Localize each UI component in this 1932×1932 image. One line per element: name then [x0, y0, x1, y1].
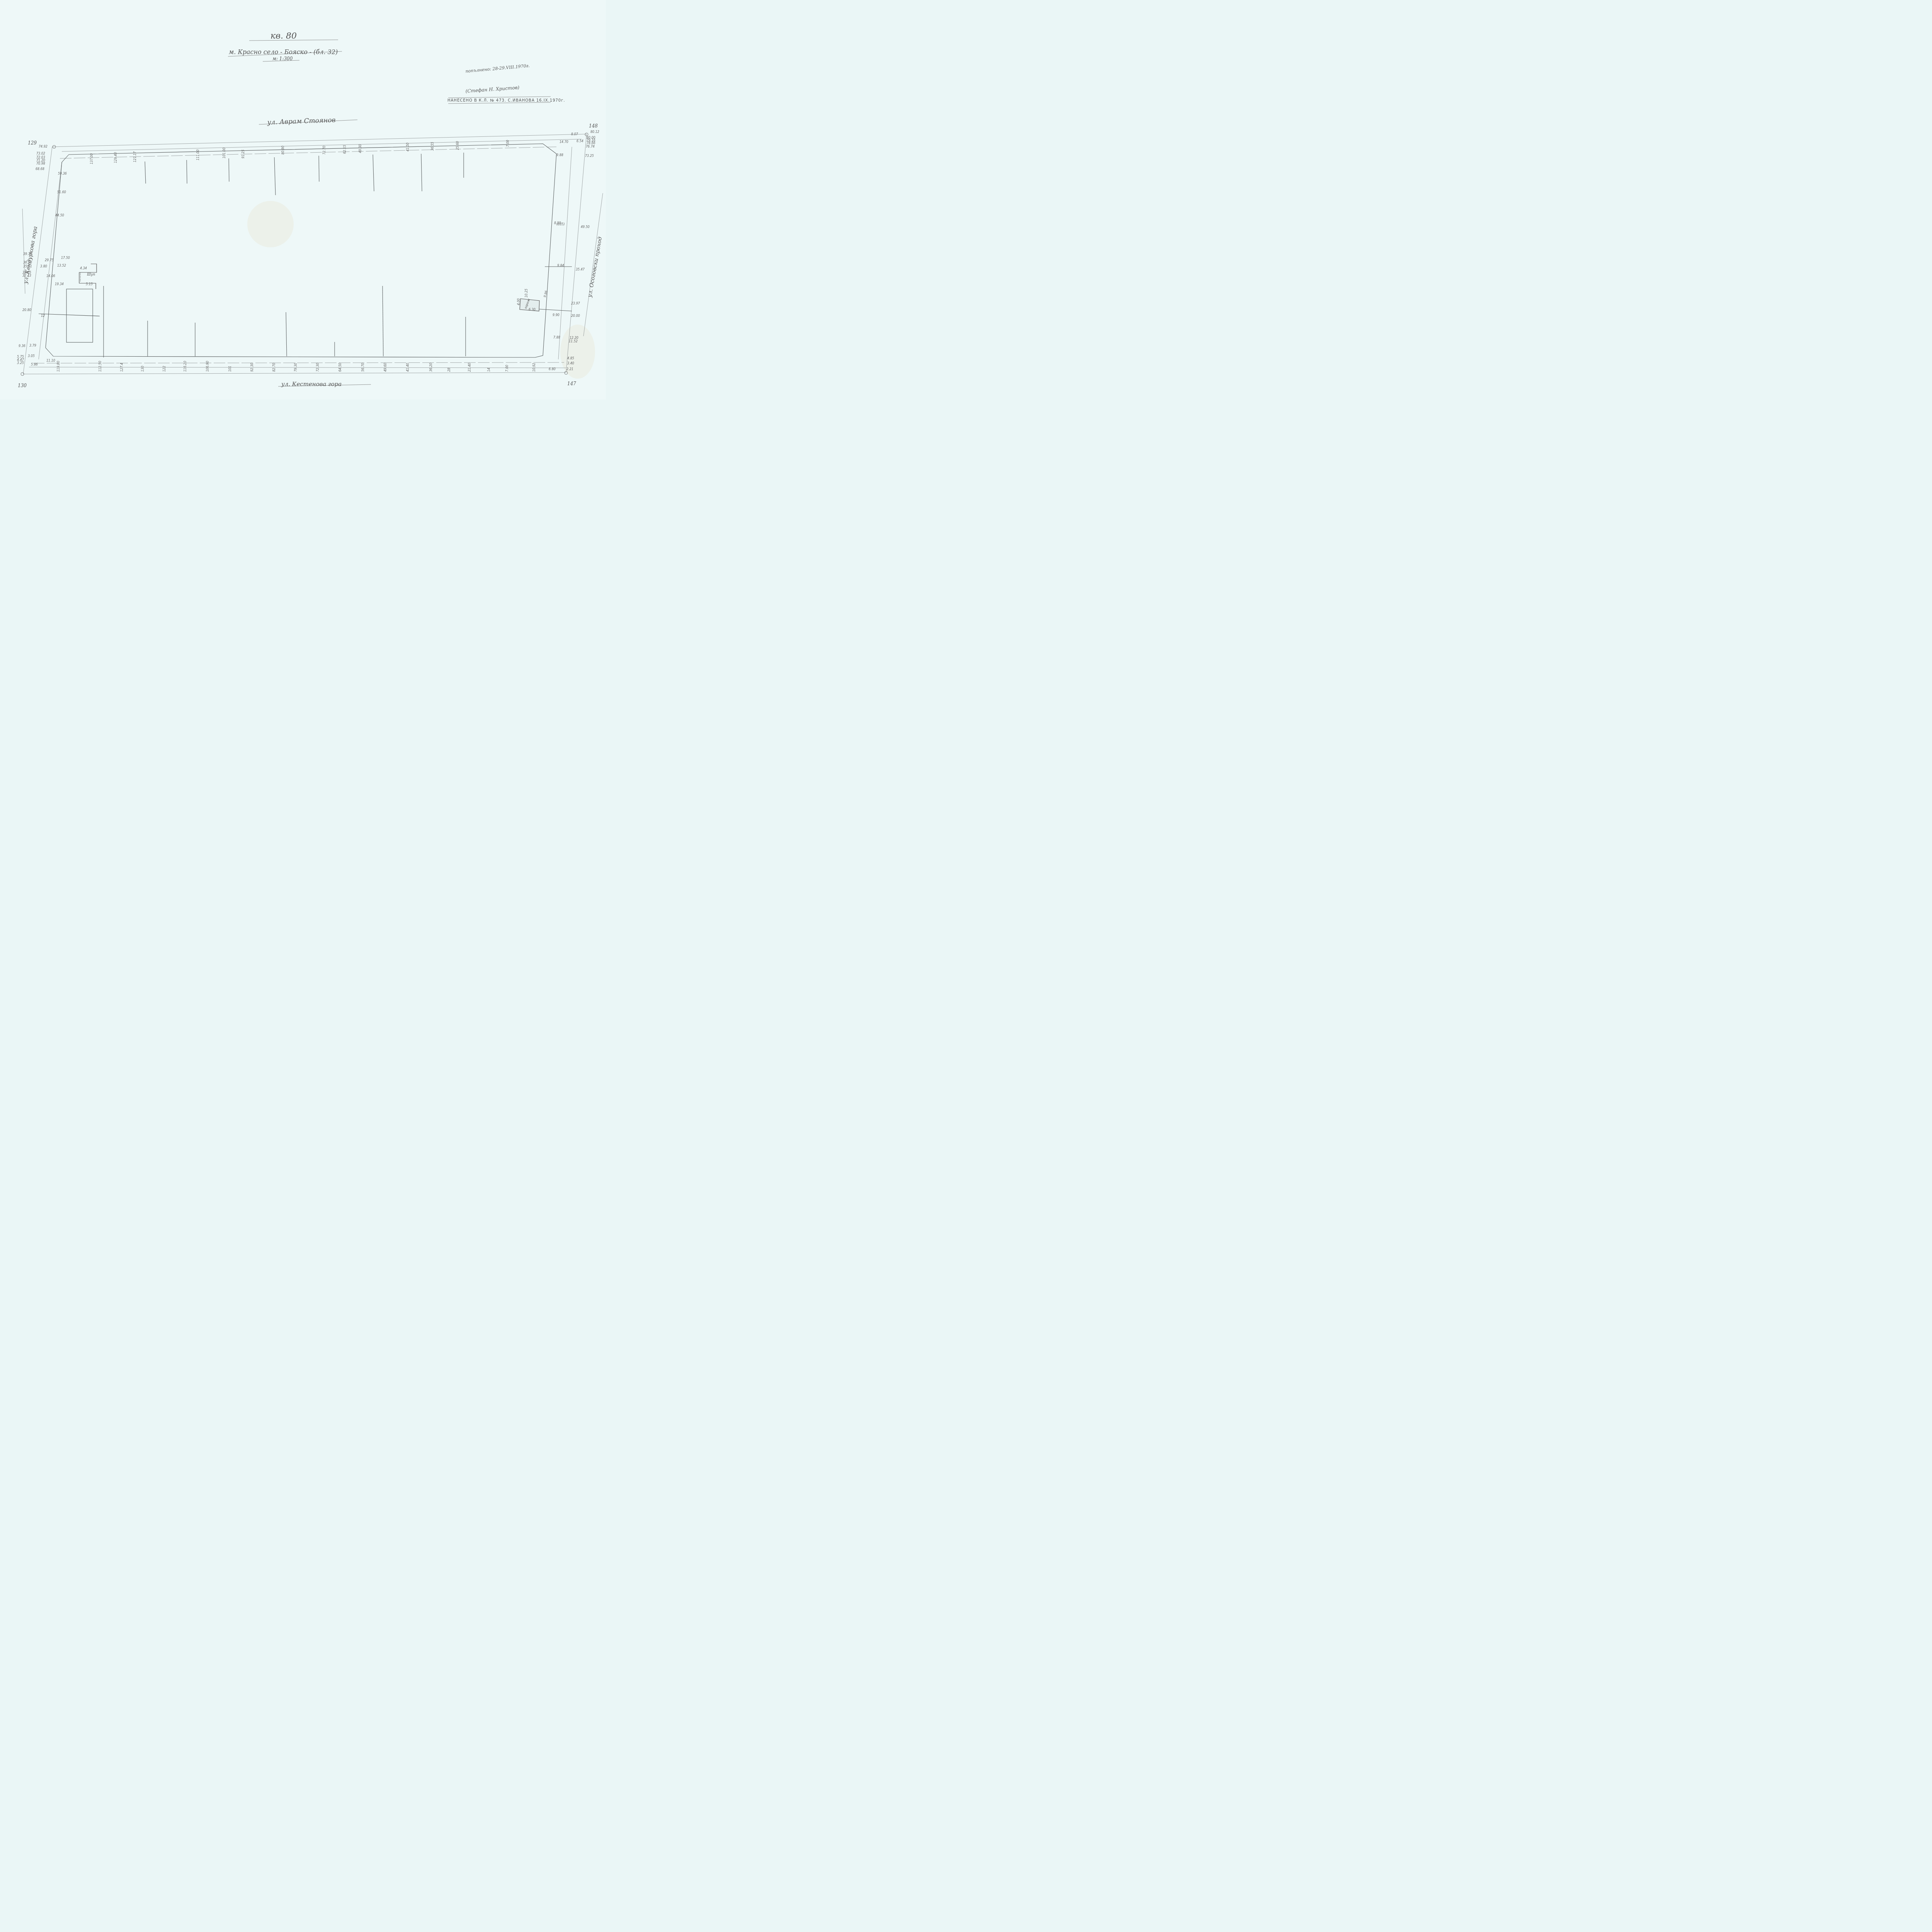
measurement-label: 10.92	[532, 363, 536, 372]
measurement-label: 7.00	[506, 140, 510, 147]
measurement-label: 6.30	[529, 308, 536, 311]
corner-label-148: 148	[589, 123, 598, 129]
surveyor-name: (Стефан Н. Христов)	[465, 85, 520, 94]
measurement-label: 122	[163, 366, 166, 372]
measurement-label: 4.34	[80, 267, 87, 270]
measurement-label: 91.25	[241, 150, 245, 158]
measurement-label: 25.60	[456, 141, 459, 150]
measurement-label: 73.25	[585, 154, 594, 158]
measurement-label: 130	[141, 366, 145, 372]
measurement-label: 11.10	[46, 359, 55, 362]
registry-stamp: НАНЕСЕНО В К.Л. № 473. С.ИВАНОВА 16.IX.1…	[447, 99, 565, 103]
measurement-label: 20.00	[571, 314, 580, 318]
measurement-label: 79.30	[294, 363, 298, 372]
measurement-label: 68.68	[36, 167, 44, 171]
measurement-label: 72.30	[316, 363, 320, 372]
measurement-label: 59.36	[58, 172, 67, 175]
measurement-label: 80.12	[590, 130, 599, 134]
survey-date: попълнено: 28-29.VIII.1970г.	[465, 63, 530, 74]
measurement-label: 76.74	[586, 145, 595, 148]
measurement-label: 29.75	[45, 259, 54, 262]
measurement-label: 44.50	[55, 214, 64, 217]
measurement-label: 9.88	[556, 153, 563, 157]
measurement-label: 6.80	[549, 367, 556, 371]
measurement-label: 4.85	[567, 357, 574, 360]
measurement-label: 49.50	[581, 225, 590, 229]
measurement-label: 129.40	[114, 152, 117, 163]
measurement-label: 70.98	[36, 162, 45, 165]
measurement-label: 21.40	[468, 363, 471, 372]
measurement-label: 51.60	[57, 190, 66, 194]
scale-label: м: 1:300	[272, 56, 293, 61]
measurement-label: 3.25	[17, 361, 24, 365]
measurement-label: 8.07	[571, 133, 578, 136]
measurement-label: 11.52	[569, 340, 578, 343]
measurement-label: 12	[41, 314, 45, 318]
measurement-label: 137.00	[90, 153, 94, 164]
measurement-label: 5.86	[31, 363, 38, 366]
block-number: кв. 80	[270, 31, 297, 41]
measurement-label: 2.21	[566, 367, 573, 371]
measurement-label: 17.50	[61, 256, 70, 260]
measurement-label: 6.54	[577, 139, 583, 143]
measurement-label: 7.00	[505, 365, 509, 372]
measurement-label: 56.70	[361, 363, 365, 372]
measurement-label: 116.20	[184, 361, 187, 372]
cadastral-drawing: кв. 80 м. Красно село - Бояско - (бл. 32…	[0, 0, 606, 400]
measurement-label: 121.17	[133, 151, 137, 162]
measurement-label: 36.70	[23, 261, 32, 264]
measurement-label: 4.00	[517, 298, 520, 305]
street-right: ул. Осоговски проход	[587, 236, 603, 298]
measurement-label: 13.52	[57, 264, 66, 267]
measurement-label: 14	[487, 368, 491, 372]
measurement-label: 39.76	[23, 252, 32, 256]
block-boundary	[46, 144, 556, 357]
measurement-label: 106.90	[206, 361, 209, 372]
measurement-label: 36.55	[431, 142, 434, 151]
measurement-label: 101.00	[223, 148, 226, 158]
measurement-label: 9.36	[19, 344, 26, 348]
measurement-label: 36.20	[429, 363, 433, 372]
measurement-label: 41.50	[406, 143, 410, 151]
measurement-label: 41.40	[406, 363, 410, 372]
measurement-label: 112.50	[99, 361, 102, 372]
measurement-label: 20.80	[22, 308, 31, 312]
top-street-mid-line	[62, 139, 582, 151]
street-top: ул. Аврам Стоянов	[267, 116, 335, 126]
measurement-label: 10.25	[525, 289, 528, 298]
measurement-label: 3.40	[567, 362, 574, 365]
measurement-label: 64.50	[338, 363, 342, 372]
measurement-label: 35.61	[23, 265, 32, 268]
measurement-label: 74.92	[39, 145, 48, 148]
workshop-label: Шуп	[87, 273, 95, 277]
measurement-label: 8.50	[554, 221, 561, 225]
measurement-label: 111.00	[196, 150, 200, 160]
measurement-label: 3.05	[28, 354, 35, 358]
measurement-label: 73.02	[36, 152, 45, 155]
corner-label-147: 147	[567, 381, 576, 386]
measurement-label: 12.20	[570, 336, 578, 340]
measurement-label: 7.88	[553, 336, 560, 339]
corner-label-129: 129	[28, 140, 37, 146]
measurement-label: 82.70	[272, 363, 276, 372]
measurement-label: 3.80	[40, 265, 47, 268]
bottom-street-inner-line	[33, 362, 564, 363]
measurement-label: 5.15	[86, 282, 93, 286]
measurement-label: 35.47	[576, 268, 585, 271]
measurement-label: 101	[228, 366, 232, 372]
measurement-label: 3.79	[29, 344, 36, 347]
measurement-label: 28	[447, 368, 451, 372]
measurement-label: 23.97	[571, 302, 580, 305]
measurement-label: 80.90	[281, 146, 285, 155]
bottom-street-mid-line	[29, 367, 566, 368]
measurement-label: 92.30	[250, 363, 254, 372]
measurement-label: 9.96	[543, 290, 548, 298]
measurement-label: 62.15	[343, 145, 347, 154]
measurement-label: 14.70	[560, 140, 568, 144]
measurement-label: 78.66	[587, 141, 595, 145]
measurement-label: 72.70	[323, 146, 326, 155]
street-bottom: ул. Кестенова гора	[281, 381, 342, 388]
measurement-label: 9.84	[557, 264, 564, 267]
bottom-street-outer-line	[23, 372, 566, 374]
measurement-label: 127.4	[120, 363, 124, 372]
corner-label-130: 130	[18, 383, 27, 388]
measurement-label: 32.43	[22, 274, 31, 277]
measurement-label: 14.06	[46, 274, 55, 278]
measurement-label: 9.90	[553, 313, 560, 317]
measurement-label: 49.30	[359, 144, 362, 153]
measurement-label: 19.34	[55, 282, 64, 286]
locality-name: м. Красно село - Бояско - (бл. 32)	[229, 48, 338, 56]
measurement-label: 119.80	[57, 361, 60, 372]
measurement-label: 49.60	[384, 363, 387, 372]
